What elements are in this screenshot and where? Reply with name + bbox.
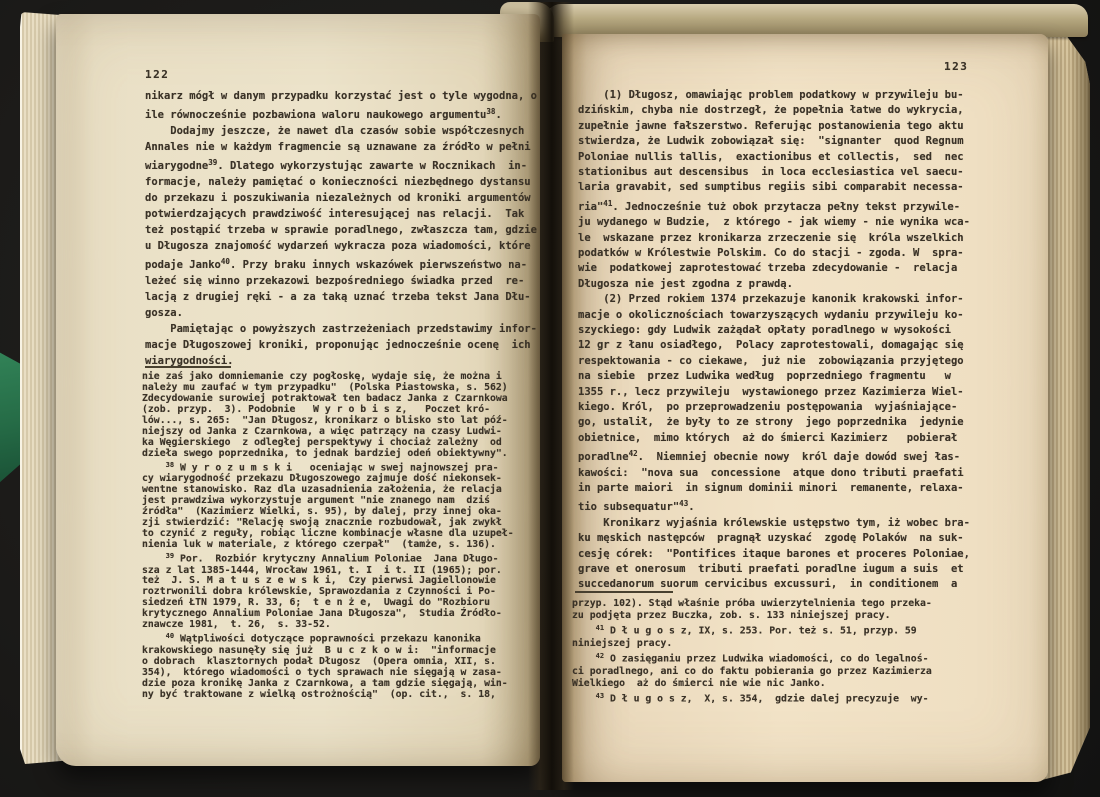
right-page-body-text: (1) Długosz, omawiając problem podatkowy… <box>578 88 970 593</box>
right-page-number: 123 <box>944 60 968 73</box>
left-footnote-separator <box>145 366 231 368</box>
book-photo-scene: 122 nikarz mógł w danym przypadku korzys… <box>0 0 1100 797</box>
left-page-number: 122 <box>145 68 169 81</box>
left-page-body-text: nikarz mógł w danym przypadku korzystać … <box>145 88 537 369</box>
book-top-edge <box>545 4 1088 37</box>
right-page-footnotes: przyp. 102). Stąd właśnie próba uwierzyt… <box>572 598 932 706</box>
right-footnote-separator <box>575 591 673 593</box>
right-page-stack-edge <box>1042 24 1090 780</box>
left-page-footnotes: nie zaś jako domniemanie czy pogłoskę, w… <box>142 372 514 701</box>
